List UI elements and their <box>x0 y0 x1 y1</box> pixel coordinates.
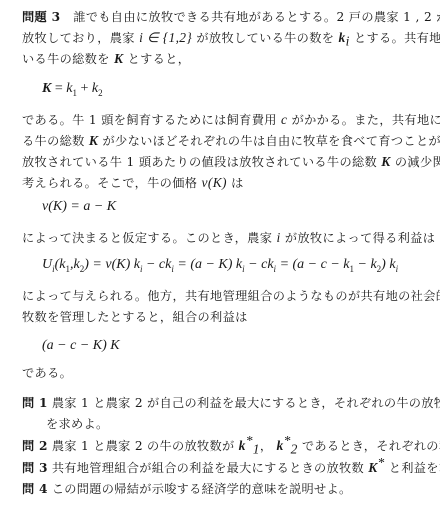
equation-union-profit: (a − c − K) K <box>42 337 120 355</box>
body-line-9: によって与えられる。他方，共有地管理組合のようなものが共有地の社会的に最適な放 <box>22 288 424 304</box>
problem-label: 問題 3 <box>22 10 61 24</box>
body-line-5: る牛の総数 K が少ないほどそれぞれの牛は自由に牧草を食べて育つことができるから… <box>22 133 424 149</box>
question-4: 問 4この問題の帰結が示唆する経済学的意味を説明せよ。 <box>22 481 352 497</box>
body-line-7: 考えられる。そこで，牛の価格 v(K) は <box>22 175 424 191</box>
intro-line-3: いる牛の総数を K とすると， <box>22 51 424 67</box>
equation-total-cattle: K = k1 + k2 <box>42 80 103 98</box>
intro-line-2: 放牧しており，農家 i ∈ {1,2} が放牧している牛の数を ki とする。共… <box>22 30 424 46</box>
equation-profit: Ui(k1,k2) = v(K) ki − cki = (a − K) ki −… <box>42 256 398 274</box>
body-line-10: 牧数を管理したとすると，組合の利益は <box>22 309 424 325</box>
equation-price: v(K) = a − K <box>42 198 116 216</box>
body-line-11: である。 <box>22 365 424 381</box>
question-1-continuation: を求めよ。 <box>46 416 108 432</box>
body-line-4: である。牛 1 頭を飼育するためには飼育費用 c がかかる。また，共有地に放牧さ… <box>22 112 424 128</box>
question-2: 問 2農家 1 と農家 2 の牛の放牧数が k*1， k*2 であるとき，それぞ… <box>22 438 440 454</box>
question-3: 問 3共有地管理組合が組合の利益を最大にするときの放牧数 K* と利益を求めよ。 <box>22 460 440 476</box>
question-1: 問 1農家 1 と農家 2 が自己の利益を最大にするとき，それぞれの牛の放牧数 … <box>22 395 440 411</box>
intro-line-1: 問題 3 誰でも自由に放牧できる共有地があるとする。2 戸の農家 1 , 2 が… <box>22 9 424 25</box>
body-line-6: 放牧されている牛 1 頭あたりの値段は放牧されている牛の総数 K の減少関数であ… <box>22 154 424 170</box>
body-line-8: によって決まると仮定する。このとき，農家 i が放牧によって得る利益は <box>22 230 424 246</box>
